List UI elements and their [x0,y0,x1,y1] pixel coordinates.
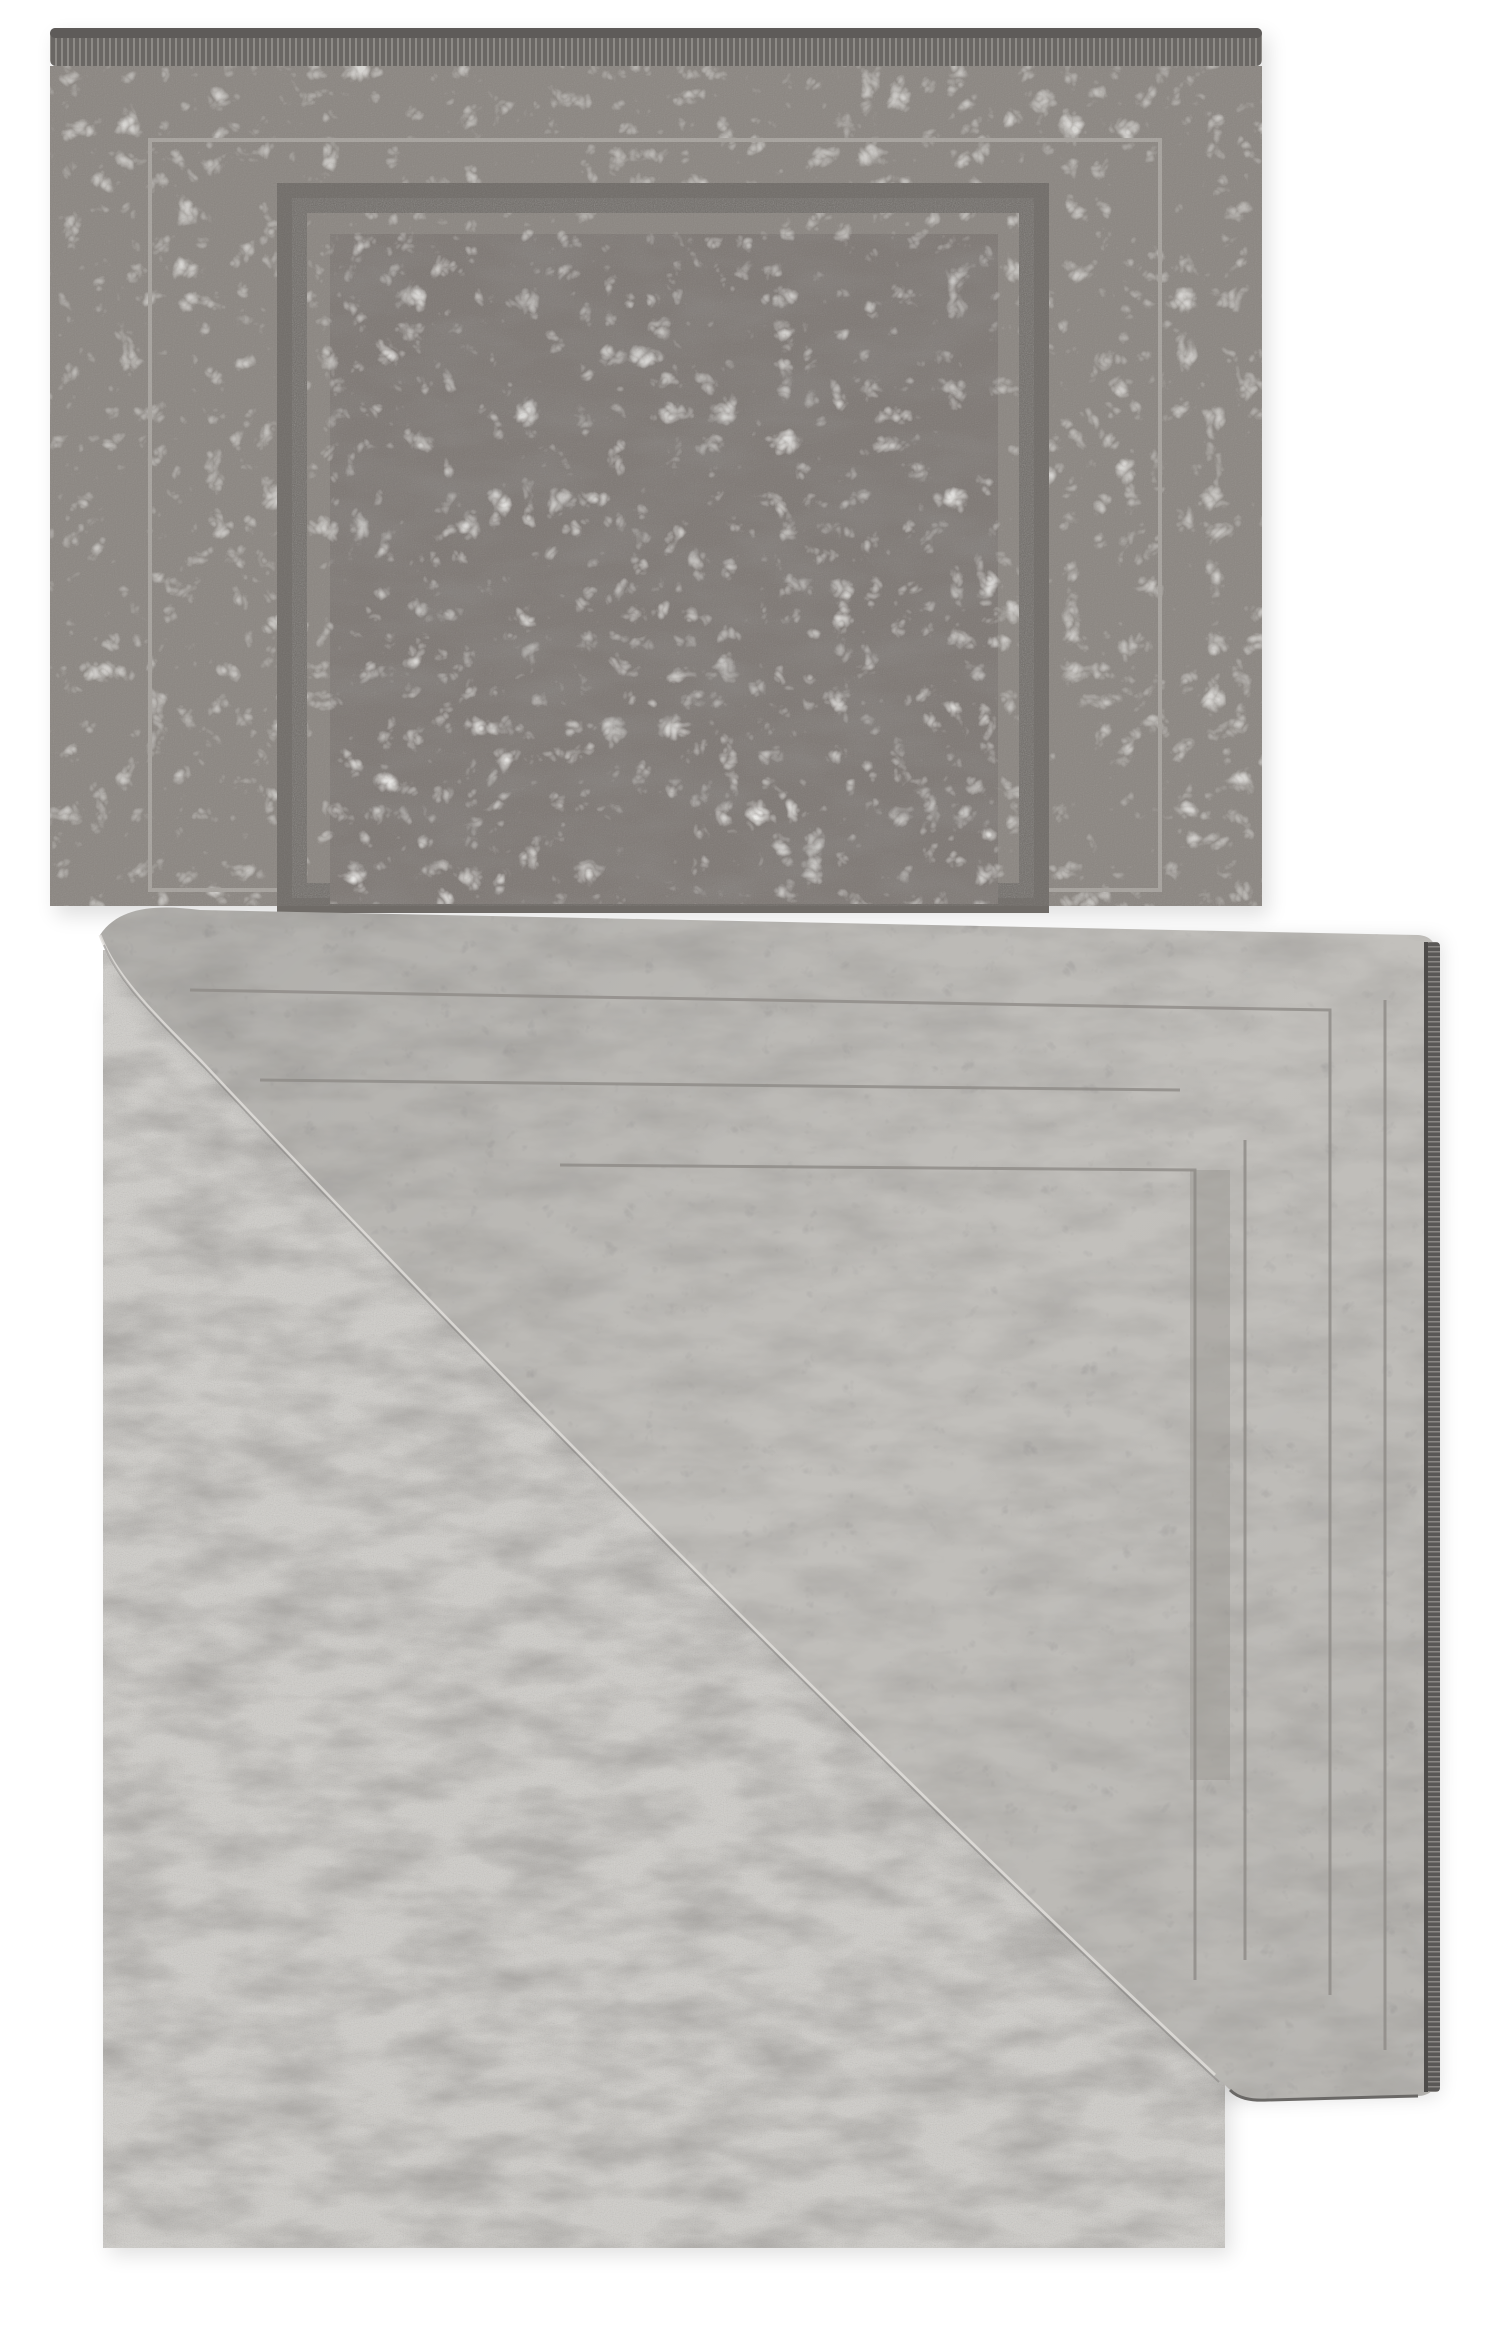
rug-side-fringe [1426,942,1440,2092]
rug-front [50,28,1268,916]
product-photo [0,0,1504,2339]
